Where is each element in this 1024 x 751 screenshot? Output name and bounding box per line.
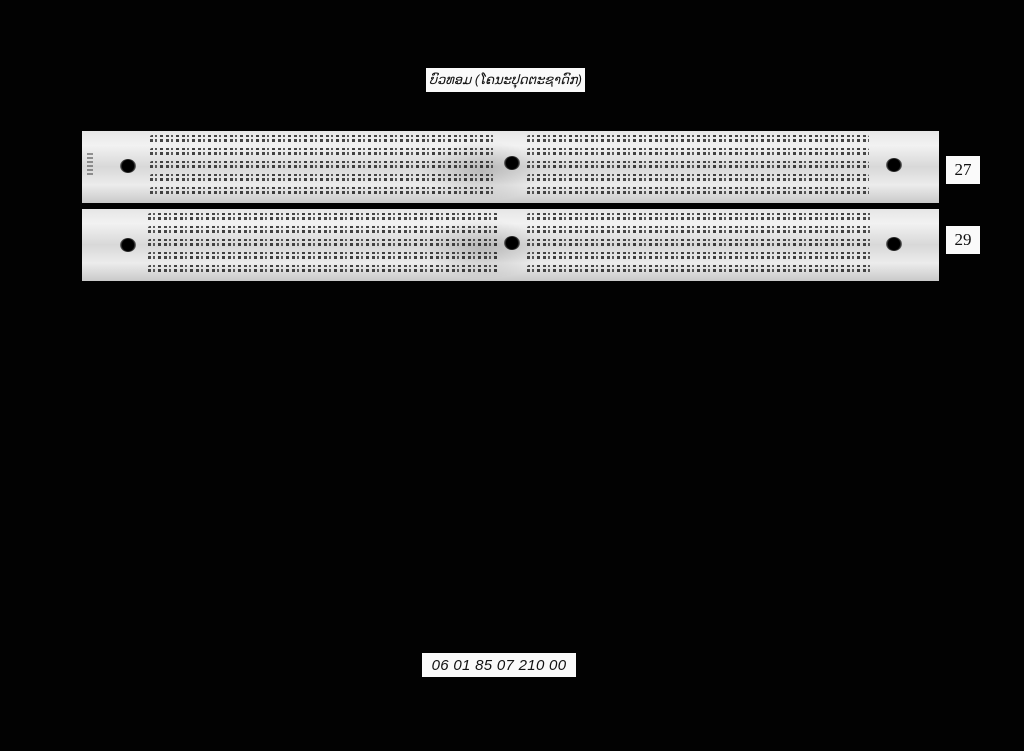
script-line xyxy=(527,252,872,261)
script-line xyxy=(527,161,869,170)
script-column-left xyxy=(150,135,495,200)
script-line xyxy=(148,265,498,274)
microfilm-id-label: 06 01 85 07 210 00 xyxy=(422,653,576,677)
leaf-number-text: 27 xyxy=(955,160,972,180)
microfilm-id-text: 06 01 85 07 210 00 xyxy=(432,657,567,674)
margin-annotation xyxy=(87,153,93,175)
manuscript-title-text: ບົວທອມ (ໂຄນະປຸດຕະຊາດົກ) xyxy=(429,72,582,88)
script-line xyxy=(527,226,872,235)
script-line xyxy=(527,265,872,274)
palm-leaf-29 xyxy=(82,209,939,281)
binding-hole-left xyxy=(120,238,136,252)
script-line xyxy=(148,213,498,222)
binding-hole-right xyxy=(886,158,902,172)
binding-hole-right xyxy=(886,237,902,251)
script-line xyxy=(527,135,869,144)
script-line xyxy=(148,252,498,261)
microfilm-frame: ບົວທອມ (ໂຄນະປຸດຕະຊາດົກ) 27 xyxy=(0,0,1024,751)
binding-hole-left xyxy=(120,159,136,173)
script-line xyxy=(527,174,869,183)
script-column-right xyxy=(527,213,872,278)
script-line xyxy=(150,148,495,157)
script-line xyxy=(527,239,872,248)
script-line xyxy=(150,187,495,196)
script-line xyxy=(527,213,872,222)
script-column-right xyxy=(527,135,869,200)
script-line xyxy=(527,148,869,157)
script-line xyxy=(150,174,495,183)
leaf-number-label: 27 xyxy=(946,156,980,184)
script-line xyxy=(148,226,498,235)
script-column-left xyxy=(148,213,498,278)
leaf-number-label: 29 xyxy=(946,226,980,254)
script-line xyxy=(148,239,498,248)
script-line xyxy=(150,161,495,170)
leaf-number-text: 29 xyxy=(955,230,972,250)
script-line xyxy=(527,187,869,196)
binding-hole-center xyxy=(504,156,520,170)
script-line xyxy=(150,135,495,144)
binding-hole-center xyxy=(504,236,520,250)
palm-leaf-27 xyxy=(82,131,939,203)
manuscript-title-label: ບົວທອມ (ໂຄນະປຸດຕະຊາດົກ) xyxy=(426,68,585,92)
